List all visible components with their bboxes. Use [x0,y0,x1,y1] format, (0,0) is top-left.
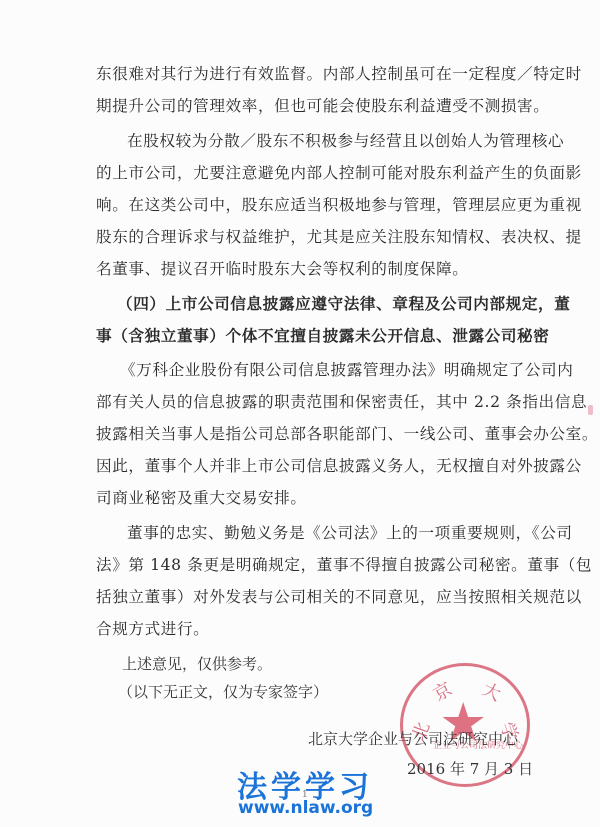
section-heading: （四）上市公司信息披露应遵守法律、章程及公司内部规定，董 [117,294,526,314]
signature-note: （以下无正文，仅为专家签字） [118,681,328,702]
body-line: 东很难对其行为进行有效监督。内部人控制虽可在一定程度／特定时 [96,64,526,84]
body-line: 法》第 148 条更是明确规定，董事不得擅自披露公司秘密。董事（包 [96,555,526,575]
document-page: 东很难对其行为进行有效监督。内部人控制虽可在一定程度／特定时 期提升公司的管理效… [0,0,600,827]
body-line: 的上市公司，尤要注意避免内部人控制可能对股东利益产生的负面影 [96,163,526,183]
body-line: 司商业秘密及重大交易安排。 [96,488,526,508]
body-line: 合规方式进行。 [96,619,526,639]
body-line: 股东的合理诉求与权益维护，尤其是应关注股东知情权、表决权、提 [96,227,526,247]
signature-organization: 北京大学企业与公司法研究中心 [308,728,518,749]
body-line: 期提升公司的管理效率，但也可能会使股东利益遭受不测损害。 [96,96,526,116]
signature-date: 2016 年 7 月 3 日 [407,758,533,779]
body-line: 部有关人员的信息披露的职责范围和保密责任，其中 2.2 条指出信息 [96,392,526,412]
body-line: 括独立董事）对外发表与公司相关的不同意见，应当按照相关规范以 [96,587,526,607]
body-line: 披露相关当事人是指公司总部各职能部门、一线公司、董事会办公室。 [96,424,526,444]
body-line: 在股权较为分散／股东不积极参与经营且以创始人为管理核心 [127,131,526,151]
closing-remark: 上述意见，仅供参考。 [122,653,272,674]
section-heading: 事（含独立董事）个体不宜擅自披露未公开信息、泄露公司秘密 [96,326,526,346]
body-line: 《万科企业股份有限公司信息披露管理办法》明确规定了公司内 [120,360,526,380]
body-line: 名董事、提议召开临时股东大会等权利的制度保障。 [96,259,526,279]
body-line: 董事的忠实、勤勉义务是《公司法》上的一项重要规则，《公司 [127,523,526,543]
margin-mark [588,405,593,415]
watermark-url: www.nlaw.org [238,798,373,818]
body-line: 因此，董事个人并非上市公司信息披露义务人，无权擅自对外披露公 [96,456,526,476]
body-line: 响。在这类公司中，股东应适当积极地参与管理，管理层应更为重视 [96,195,526,215]
